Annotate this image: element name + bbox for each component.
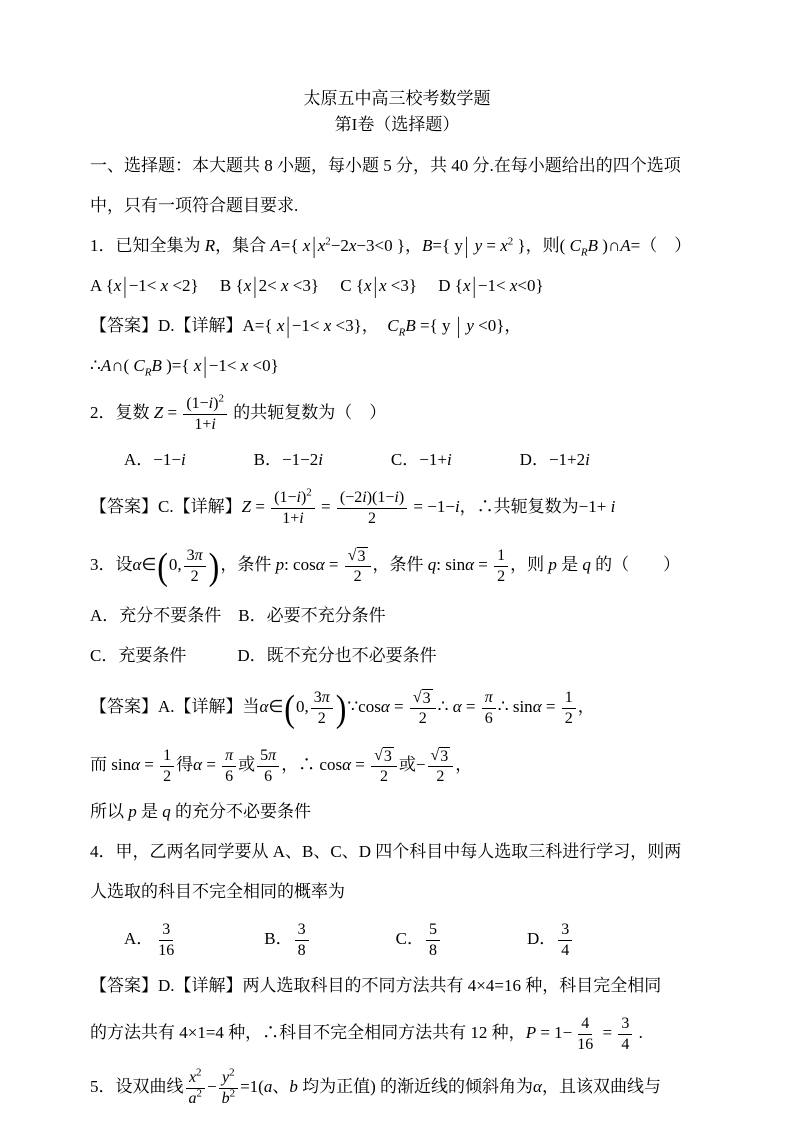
q4-answer-line-1: 【答案】D.【详解】两人选取科目的不同方法共有 4×4=16 种，科目完全相同 [90, 966, 704, 1006]
fraction: √32 [410, 688, 436, 729]
fraction: (−2i)(1−i)2 [337, 488, 407, 527]
q3-answer-line-3: 所以 p 是 q 的充分不必要条件 [90, 792, 704, 832]
q2-answer: 【答案】C.【详解】Z = (1−i)21+i = (−2i)(1−i)2 = … [90, 480, 704, 534]
q1-stem: 1．已知全集为 R，集合 A={ x|x2−2x−3<0 }，B={ y| y … [90, 226, 704, 266]
radical: √3 [431, 747, 451, 766]
fraction: 5π6 [257, 746, 279, 785]
fraction: 3π2 [184, 546, 206, 585]
document-subtitle: 第I卷（选择题） [90, 112, 704, 138]
document-body: 一、选择题：本大题共 8 小题，每小题 5 分，共 40 分.在每小题给出的四个… [90, 146, 704, 1114]
fraction: x2a2 [186, 1068, 206, 1107]
q3-options-line-1: A．充分不要条件 B．必要不充分条件 [90, 596, 704, 636]
fraction: 34 [618, 1014, 632, 1053]
q1-options: A {x|−1< x <2} B {x|2< x <3} C {x|x <3} … [90, 266, 704, 306]
q3-answer-line-2: 而 sinα = 12得α = π6或5π6，∴ cosα = √32或−√32… [90, 738, 704, 792]
intro-line-1: 一、选择题：本大题共 8 小题，每小题 5 分，共 40 分.在每小题给出的四个… [90, 146, 704, 186]
q3-answer-line-1: 【答案】A.【详解】当α∈(0,3π2)∵cosα = √32∴ α = π6∴… [90, 676, 704, 738]
fraction: 316 [155, 920, 177, 959]
document-title: 太原五中高三校考数学题 [90, 86, 704, 112]
q3-options-line-2: C．充要条件 D．既不充分也不必要条件 [90, 636, 704, 676]
fraction: π6 [482, 688, 496, 727]
fraction: π6 [222, 746, 236, 785]
fraction: 416 [574, 1014, 596, 1053]
intro-line-2: 中，只有一项符合题目要求. [90, 186, 704, 226]
q4-answer-line-2: 的方法共有 4×1=4 种，∴科目不完全相同方法共有 12 种，P = 1−41… [90, 1006, 704, 1060]
fraction: √32 [345, 546, 371, 587]
fraction: 12 [562, 688, 576, 727]
fraction: 12 [160, 746, 174, 785]
q1-answer-line-2: ∴A∩( CRB )={ x|−1< x <0} [90, 346, 704, 386]
fraction: 3π2 [311, 688, 333, 727]
q4-options: A．316 B．38 C．58 D．34 [90, 912, 704, 966]
q4-stem-line-2: 人选取的科目不完全相同的概率为 [90, 872, 704, 912]
fraction: y2b2 [219, 1068, 239, 1107]
q5-stem: 5．设双曲线x2a2−y2b2=1(a、b 均为正值) 的渐近线的倾斜角为α，且… [90, 1060, 704, 1114]
radical: √3 [374, 747, 394, 766]
fraction: 58 [426, 920, 440, 959]
fraction: √32 [371, 746, 397, 787]
radical: √3 [413, 689, 433, 708]
fraction: 34 [558, 920, 572, 959]
fraction: (1−i)21+i [183, 394, 227, 433]
fraction: 38 [295, 920, 309, 959]
q3-stem: 3．设α∈(0,3π2)，条件 p: cosα = √32，条件 q: sinα… [90, 534, 704, 596]
fraction: √32 [428, 746, 454, 787]
fraction: (1−i)21+i [271, 488, 315, 527]
q4-stem-line-1: 4．甲，乙两名同学要从 A、B、C、D 四个科目中每人选取三科进行学习，则两 [90, 832, 704, 872]
q2-options: A．−1−i B．−1−2i C．−1+i D．−1+2i [90, 440, 704, 480]
radical: √3 [348, 547, 368, 566]
document-page: 太原五中高三校考数学题 第I卷（选择题） 一、选择题：本大题共 8 小题，每小题… [0, 0, 794, 1123]
q2-stem: 2．复数 Z = (1−i)21+i 的共轭复数为（ ） [90, 386, 704, 440]
q1-answer-line-1: 【答案】D.【详解】A={ x|−1< x <3}， CRB ={ y | y … [90, 306, 704, 346]
fraction: 12 [494, 546, 508, 585]
